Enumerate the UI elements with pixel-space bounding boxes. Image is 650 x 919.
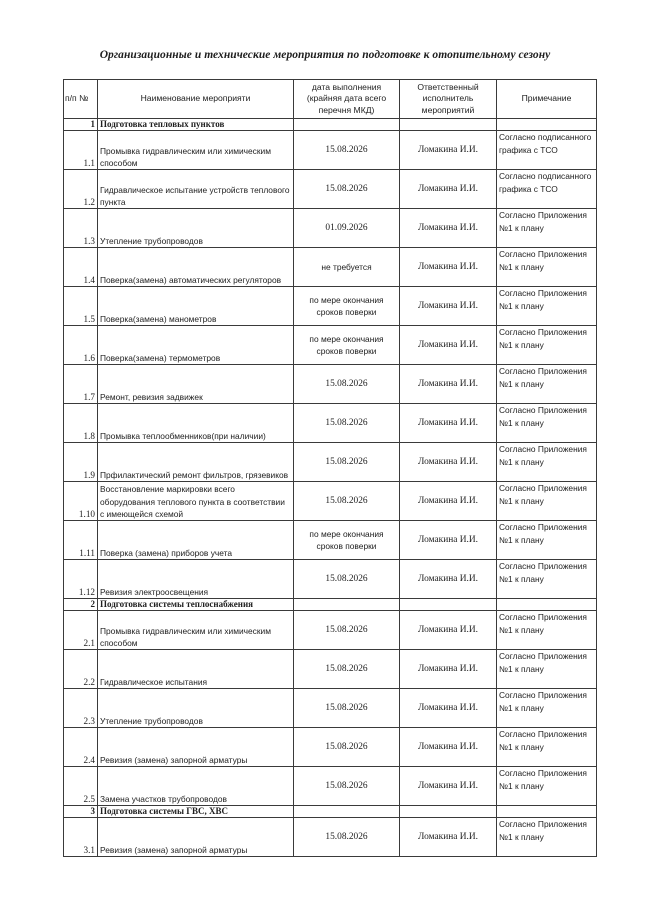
note: Согласно Приложения №1 к плану [497, 560, 597, 599]
header-name: Наименование мероприяти [98, 80, 294, 119]
row-number: 1.7 [64, 365, 98, 404]
measure-name: Ревизия (замена) запорной арматуры [98, 818, 294, 857]
note: Согласно подписанного графика с ТСО [497, 131, 597, 170]
completion-date: по мере окончания сроков поверки [294, 287, 400, 326]
note: Согласно Приложения №1 к плану [497, 365, 597, 404]
note: Согласно Приложения №1 к плану [497, 767, 597, 806]
header-num: п/п № [64, 80, 98, 119]
measure-name: Ревизия (замена) запорной арматуры [98, 728, 294, 767]
responsible-person: Ломакина И.И. [400, 560, 497, 599]
header-note: Примечание [497, 80, 597, 119]
responsible-person: Ломакина И.И. [400, 611, 497, 650]
table-row: 1.2Гидравлическое испытание устройств те… [64, 170, 597, 209]
table-row: 1.11Поверка (замена) приборов учетапо ме… [64, 521, 597, 560]
note: Согласно Приложения №1 к плану [497, 611, 597, 650]
measure-name: Поверка(замена) манометров [98, 287, 294, 326]
row-number: 1.3 [64, 209, 98, 248]
section-row: 3Подготовка системы ГВС, ХВС [64, 806, 597, 818]
measure-name: Промывка теплообменников(при наличии) [98, 404, 294, 443]
responsible-person: Ломакина И.И. [400, 728, 497, 767]
empty-cell [497, 119, 597, 131]
table-body: 1Подготовка тепловых пунктов1.1Промывка … [64, 119, 597, 857]
responsible-person: Ломакина И.И. [400, 482, 497, 521]
empty-cell [294, 599, 400, 611]
responsible-person: Ломакина И.И. [400, 767, 497, 806]
section-row: 2Подготовка системы теплоснабжения [64, 599, 597, 611]
section-title: Подготовка тепловых пунктов [98, 119, 294, 131]
completion-date: 15.08.2026 [294, 365, 400, 404]
completion-date: 15.08.2026 [294, 443, 400, 482]
empty-cell [400, 806, 497, 818]
empty-cell [497, 806, 597, 818]
table-row: 1.3Утепление трубопроводов01.09.2026Лома… [64, 209, 597, 248]
table-row: 1.10Восстановление маркировки всего обор… [64, 482, 597, 521]
completion-date: 15.08.2026 [294, 611, 400, 650]
responsible-person: Ломакина И.И. [400, 443, 497, 482]
completion-date: 15.08.2026 [294, 650, 400, 689]
row-number: 1.1 [64, 131, 98, 170]
responsible-person: Ломакина И.И. [400, 365, 497, 404]
responsible-person: Ломакина И.И. [400, 131, 497, 170]
table-row: 2.5Замена участков трубопроводов15.08.20… [64, 767, 597, 806]
note: Согласно Приложения №1 к плану [497, 248, 597, 287]
completion-date: не требуется [294, 248, 400, 287]
measure-name: Промывка гидравлическим или химическим с… [98, 131, 294, 170]
responsible-person: Ломакина И.И. [400, 287, 497, 326]
completion-date: 15.08.2026 [294, 482, 400, 521]
row-number: 1.11 [64, 521, 98, 560]
note: Согласно Приложения №1 к плану [497, 326, 597, 365]
responsible-person: Ломакина И.И. [400, 248, 497, 287]
table-row: 1.9Прфилактический ремонт фильтров, гряз… [64, 443, 597, 482]
row-number: 2.5 [64, 767, 98, 806]
row-number: 2.2 [64, 650, 98, 689]
empty-cell [400, 599, 497, 611]
table-row: 2.2Гидравлическое испытания15.08.2026Лом… [64, 650, 597, 689]
note: Согласно Приложения №1 к плану [497, 404, 597, 443]
completion-date: 15.08.2026 [294, 560, 400, 599]
measure-name: Поверка (замена) приборов учета [98, 521, 294, 560]
empty-cell [497, 599, 597, 611]
responsible-person: Ломакина И.И. [400, 170, 497, 209]
row-number: 1.5 [64, 287, 98, 326]
section-title: Подготовка системы ГВС, ХВС [98, 806, 294, 818]
measure-name: Прфилактический ремонт фильтров, грязеви… [98, 443, 294, 482]
table-row: 2.4Ревизия (замена) запорной арматуры15.… [64, 728, 597, 767]
responsible-person: Ломакина И.И. [400, 209, 497, 248]
completion-date: 15.08.2026 [294, 404, 400, 443]
table-row: 1.1Промывка гидравлическим или химически… [64, 131, 597, 170]
row-number: 1.9 [64, 443, 98, 482]
table-row: 1.5Поверка(замена) манометровпо мере око… [64, 287, 597, 326]
completion-date: 15.08.2026 [294, 170, 400, 209]
row-number: 1.6 [64, 326, 98, 365]
section-title: Подготовка системы теплоснабжения [98, 599, 294, 611]
completion-date: 15.08.2026 [294, 689, 400, 728]
section-number: 2 [64, 599, 98, 611]
completion-date: 15.08.2026 [294, 767, 400, 806]
completion-date: 15.08.2026 [294, 728, 400, 767]
row-number: 1.10 [64, 482, 98, 521]
measures-table: п/п № Наименование мероприяти дата выпол… [63, 79, 597, 857]
note: Согласно Приложения №1 к плану [497, 818, 597, 857]
row-number: 1.8 [64, 404, 98, 443]
table-header-row: п/п № Наименование мероприяти дата выпол… [64, 80, 597, 119]
table-row: 1.7Ремонт, ревизия задвижек15.08.2026Лом… [64, 365, 597, 404]
measure-name: Замена участков трубопроводов [98, 767, 294, 806]
row-number: 1.4 [64, 248, 98, 287]
note: Согласно Приложения №1 к плану [497, 209, 597, 248]
measure-name: Гидравлическое испытание устройств тепло… [98, 170, 294, 209]
note: Согласно Приложения №1 к плану [497, 650, 597, 689]
completion-date: по мере окончания сроков поверки [294, 521, 400, 560]
measure-name: Промывка гидравлическим или химическим с… [98, 611, 294, 650]
table-row: 1.12Ревизия электроосвещения15.08.2026Ло… [64, 560, 597, 599]
document-title: Организационные и технические мероприяти… [0, 49, 650, 61]
row-number: 1.2 [64, 170, 98, 209]
responsible-person: Ломакина И.И. [400, 521, 497, 560]
table-row: 2.1Промывка гидравлическим или химически… [64, 611, 597, 650]
section-row: 1Подготовка тепловых пунктов [64, 119, 597, 131]
completion-date: 15.08.2026 [294, 818, 400, 857]
header-responsible: Ответственный исполнитель мероприятий [400, 80, 497, 119]
table-row: 1.8Промывка теплообменников(при наличии)… [64, 404, 597, 443]
section-number: 1 [64, 119, 98, 131]
section-number: 3 [64, 806, 98, 818]
table-row: 3.1Ревизия (замена) запорной арматуры15.… [64, 818, 597, 857]
note: Согласно Приложения №1 к плану [497, 287, 597, 326]
completion-date: 15.08.2026 [294, 131, 400, 170]
empty-cell [294, 806, 400, 818]
row-number: 2.3 [64, 689, 98, 728]
responsible-person: Ломакина И.И. [400, 650, 497, 689]
measure-name: Гидравлическое испытания [98, 650, 294, 689]
table-row: 1.4Поверка(замена) автоматических регуля… [64, 248, 597, 287]
header-date: дата выполнения (крайняя дата всего пере… [294, 80, 400, 119]
responsible-person: Ломакина И.И. [400, 404, 497, 443]
note: Согласно Приложения №1 к плану [497, 521, 597, 560]
measure-name: Восстановление маркировки всего оборудов… [98, 482, 294, 521]
empty-cell [400, 119, 497, 131]
measure-name: Ремонт, ревизия задвижек [98, 365, 294, 404]
completion-date: 01.09.2026 [294, 209, 400, 248]
row-number: 1.12 [64, 560, 98, 599]
row-number: 2.4 [64, 728, 98, 767]
measure-name: Ревизия электроосвещения [98, 560, 294, 599]
note: Согласно Приложения №1 к плану [497, 689, 597, 728]
note: Согласно Приложения №1 к плану [497, 728, 597, 767]
note: Согласно Приложения №1 к плану [497, 443, 597, 482]
empty-cell [294, 119, 400, 131]
note: Согласно Приложения №1 к плану [497, 482, 597, 521]
completion-date: по мере окончания сроков поверки [294, 326, 400, 365]
table-row: 2.3Утепление трубопроводов15.08.2026Лома… [64, 689, 597, 728]
note: Согласно подписанного графика с ТСО [497, 170, 597, 209]
row-number: 2.1 [64, 611, 98, 650]
measure-name: Поверка(замена) термометров [98, 326, 294, 365]
responsible-person: Ломакина И.И. [400, 689, 497, 728]
measure-name: Поверка(замена) автоматических регулятор… [98, 248, 294, 287]
table-row: 1.6Поверка(замена) термометровпо мере ок… [64, 326, 597, 365]
responsible-person: Ломакина И.И. [400, 818, 497, 857]
measure-name: Утепление трубопроводов [98, 209, 294, 248]
measure-name: Утепление трубопроводов [98, 689, 294, 728]
row-number: 3.1 [64, 818, 98, 857]
responsible-person: Ломакина И.И. [400, 326, 497, 365]
